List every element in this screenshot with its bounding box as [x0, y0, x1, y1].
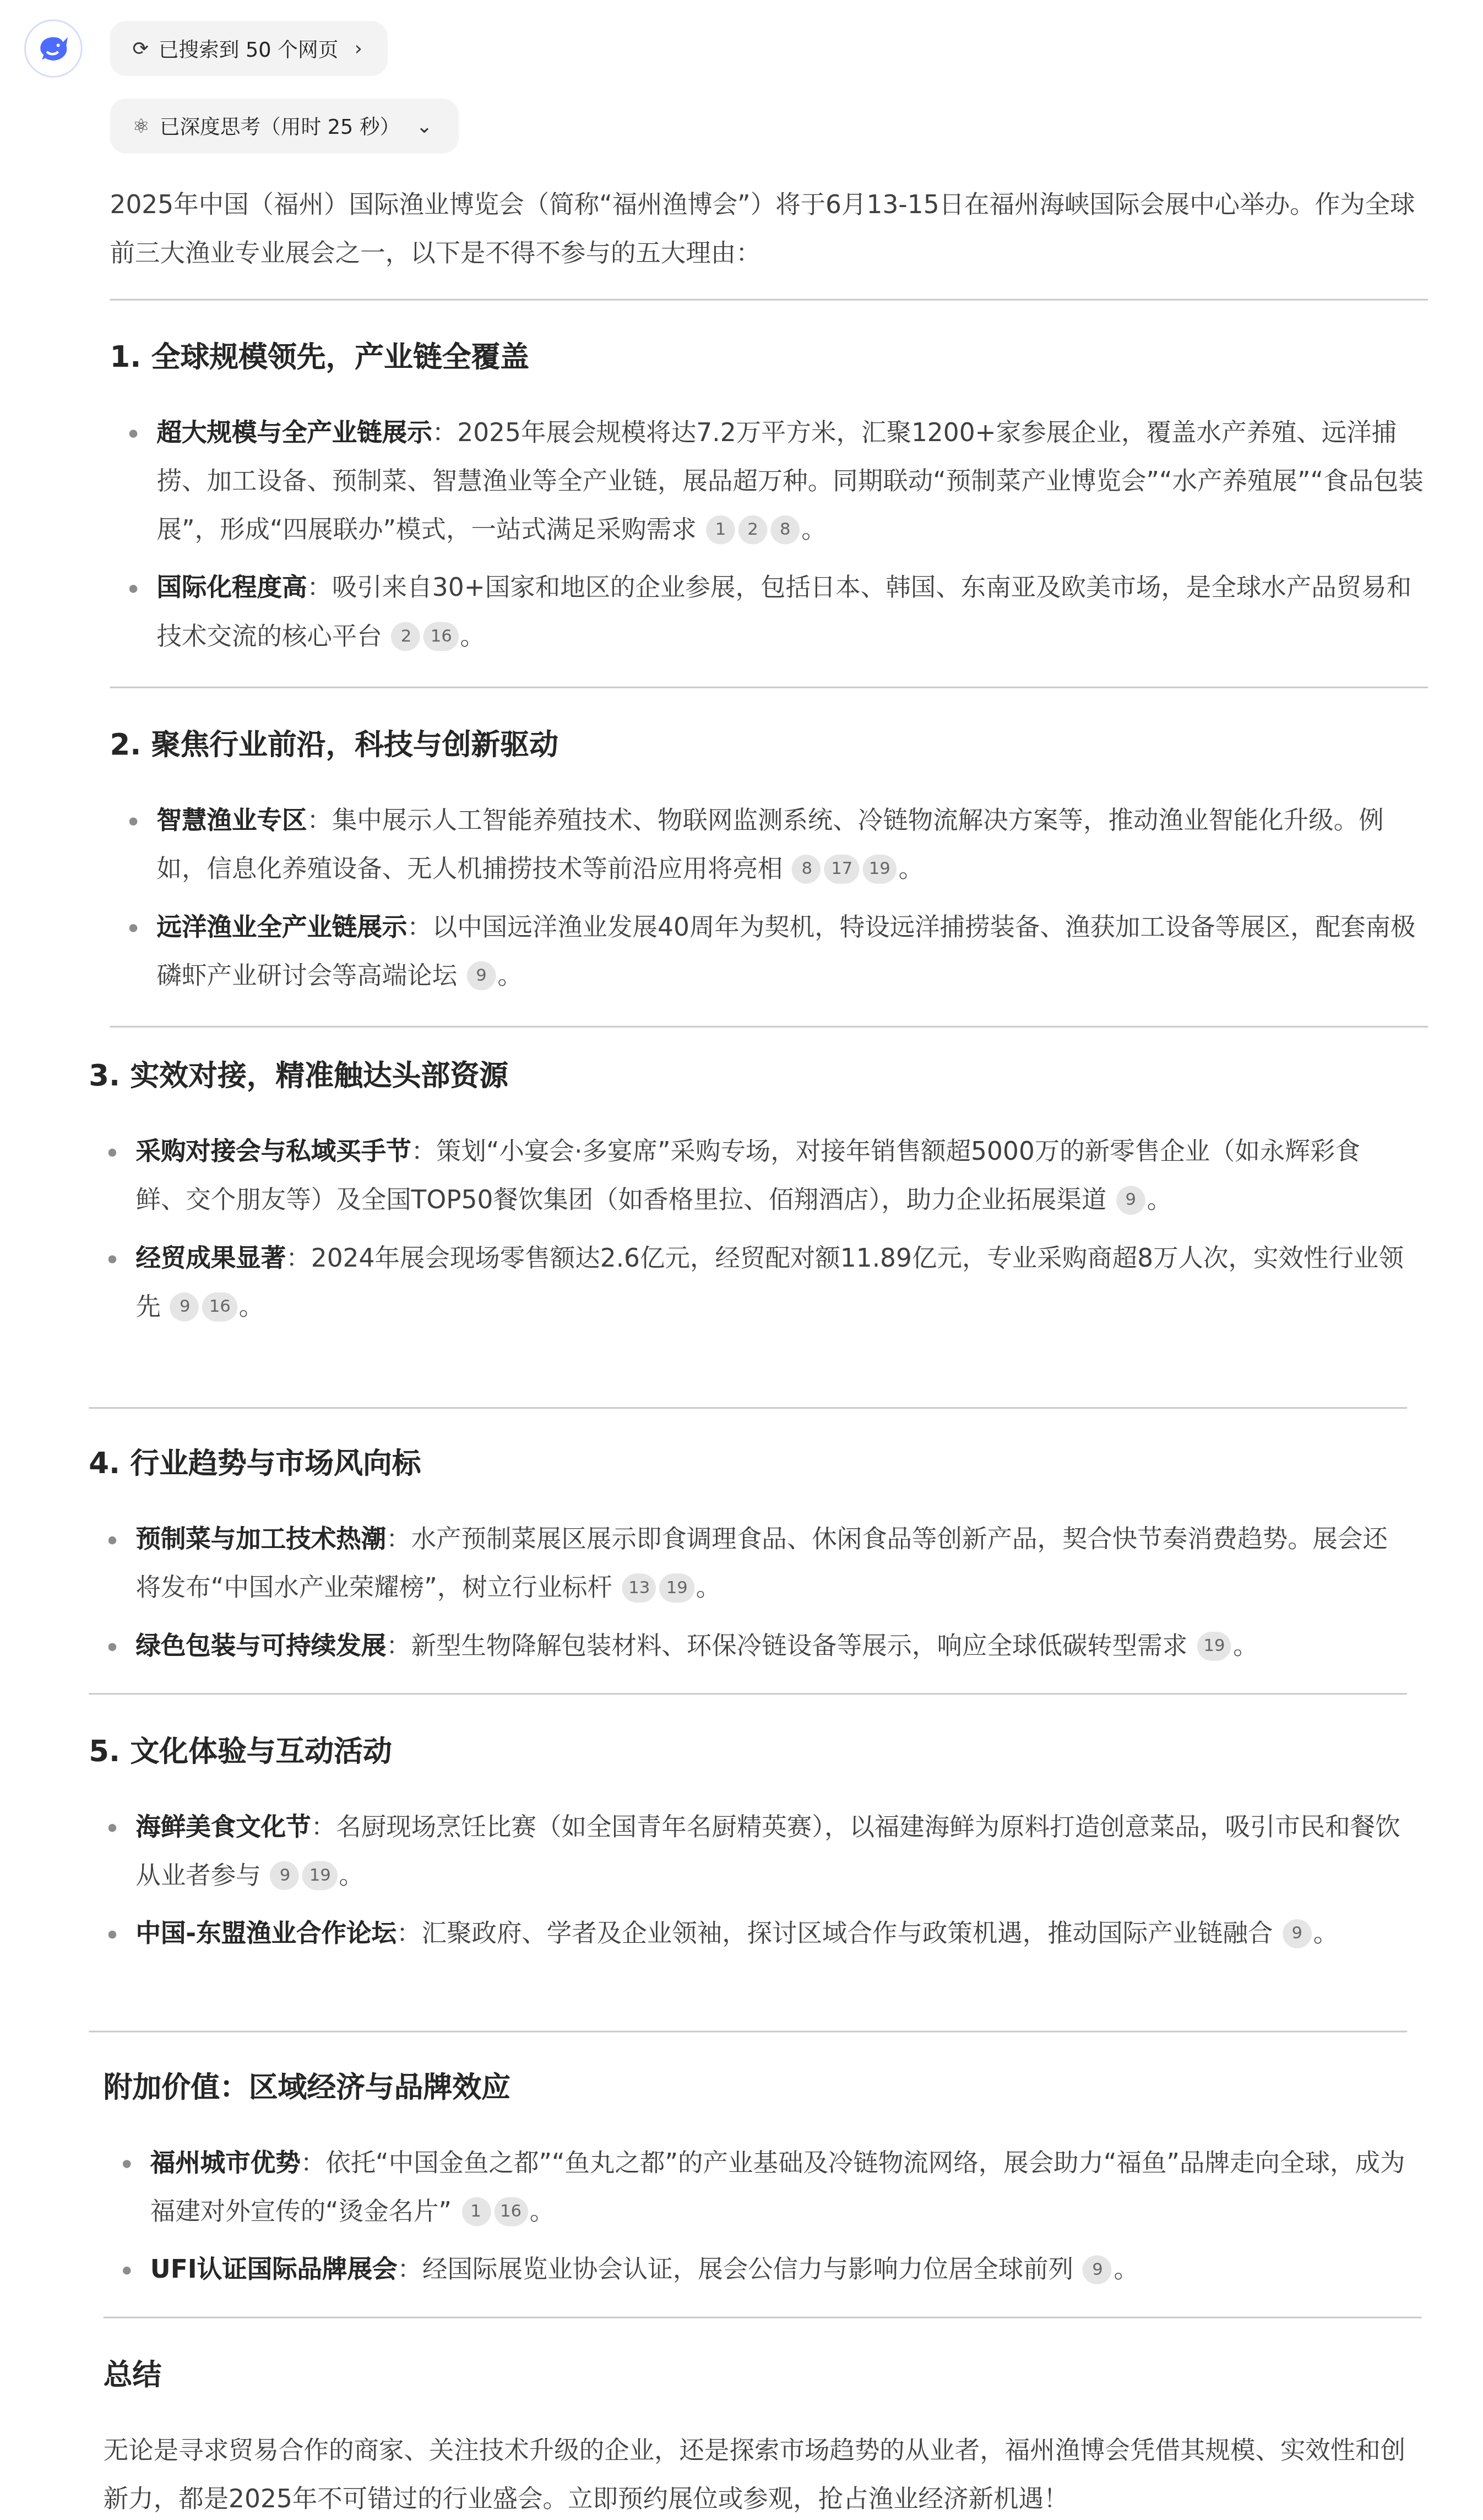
citation-badge[interactable]: 2 — [392, 622, 421, 651]
item-label: 福州城市优势 — [150, 2149, 301, 2178]
list-item: 预制菜与加工技术热潮：水产预制菜展区展示即食调理食品、休闲食品等创新产品，契合快… — [135, 1516, 1405, 1612]
item-label: 采购对接会与私域买手节 — [135, 1137, 411, 1166]
item-label: 海鲜美食文化节 — [135, 1812, 311, 1842]
list-item: 中国-东盟渔业合作论坛：汇聚政府、学者及企业领袖，探讨区域合作与政策机遇，推动国… — [135, 1910, 1405, 1958]
citation-badge[interactable]: 2 — [738, 515, 768, 545]
bullet-list: 采购对接会与私域买手节：策划“小宴会·多宴席”采购专场，对接年销售额超5000万… — [135, 1128, 1405, 1332]
divider — [110, 687, 1428, 688]
list-item: UFI认证国际品牌展会：经国际展览业协会认证，展会公信力与影响力位居全球前列 9… — [150, 2246, 1420, 2294]
assistant-avatar — [24, 19, 83, 78]
chevron-right-icon: › — [355, 37, 362, 59]
chevron-down-icon: ⌄ — [416, 115, 433, 137]
summary-heading: 总结 — [104, 2355, 162, 2397]
whale-logo-icon — [36, 32, 72, 65]
section-heading: 1. 全球规模领先，产业链全覆盖 — [110, 338, 529, 379]
item-label: 预制菜与加工技术热潮 — [135, 1525, 386, 1554]
section-heading: 5. 文化体验与互动活动 — [89, 1732, 392, 1774]
list-item: 超大规模与全产业链展示：2025年展会规模将达7.2万平方米，汇聚1200+家参… — [157, 409, 1427, 554]
item-label: 智慧渔业专区 — [157, 806, 307, 835]
citation-badge[interactable]: 9 — [170, 1292, 199, 1322]
list-item: 海鲜美食文化节：名厨现场烹饪比赛（如全国青年名厨精英赛），以福建海鲜为原料打造创… — [135, 1803, 1405, 1900]
item-label: 超大规模与全产业链展示 — [157, 419, 432, 448]
item-label: 国际化程度高 — [157, 573, 307, 602]
item-label: 绿色包装与可持续发展 — [135, 1632, 386, 1661]
item-text: ：新型生物降解包装材料、环保冷链设备等展示，响应全球低碳转型需求 — [386, 1632, 1187, 1661]
divider — [89, 2031, 1407, 2033]
bullet-list: 海鲜美食文化节：名厨现场烹饪比赛（如全国青年名厨精英赛），以福建海鲜为原料打造创… — [135, 1803, 1405, 1958]
item-text: ：集中展示人工智能养殖技术、物联网监测系统、冷链物流解决方案等，推动渔业智能化升… — [157, 806, 1384, 884]
citation-badge[interactable]: 9 — [467, 961, 496, 990]
item-label: 中国-东盟渔业合作论坛 — [135, 1919, 396, 1948]
search-results-label: 已搜索到 50 个网页 — [159, 34, 339, 63]
citation-badge[interactable]: 1 — [706, 515, 735, 545]
item-text: ：经国际展览业协会认证，展会公信力与影响力位居全球前列 — [398, 2255, 1074, 2284]
list-item: 绿色包装与可持续发展：新型生物降解包装材料、环保冷链设备等展示，响应全球低碳转型… — [135, 1622, 1405, 1670]
list-item: 远洋渔业全产业链展示：以中国远洋渔业发展40周年为契机，特设远洋捕捞装备、渔获加… — [157, 903, 1427, 1000]
item-text: ：2024年展会现场零售额达2.6亿元，经贸配对额11.89亿元，专业采购商超8… — [135, 1244, 1403, 1322]
citation-badge[interactable]: 9 — [1116, 1186, 1145, 1215]
divider — [89, 1693, 1407, 1695]
section-heading: 2. 聚焦行业前沿，科技与创新驱动 — [110, 725, 558, 767]
list-item: 智慧渔业专区：集中展示人工智能养殖技术、物联网监测系统、冷链物流解决方案等，推动… — [157, 796, 1427, 893]
summary-paragraph: 无论是寻求贸易合作的商家、关注技术升级的企业，还是探索市场趋势的从业者，福州渔博… — [104, 2426, 1420, 2520]
section-heading: 3. 实效对接，精准触达头部资源 — [89, 1057, 508, 1099]
item-label: UFI认证国际品牌展会 — [150, 2255, 398, 2284]
citation-badge[interactable]: 9 — [1283, 1919, 1312, 1948]
citation-badge[interactable]: 8 — [792, 855, 822, 884]
item-text: ：汇聚政府、学者及企业领袖，探讨区域合作与政策机遇，推动国际产业链融合 — [396, 1919, 1273, 1948]
bullet-list: 智慧渔业专区：集中展示人工智能养殖技术、物联网监测系统、冷链物流解决方案等，推动… — [157, 796, 1427, 1000]
divider — [89, 1407, 1407, 1409]
bullet-list: 福州城市优势：依托“中国金鱼之都”“鱼丸之都”的产业基础及冷链物流网络，展会助力… — [150, 2139, 1420, 2294]
citation-badge[interactable]: 19 — [303, 1861, 338, 1891]
section-heading: 附加价值：区域经济与品牌效应 — [104, 2068, 510, 2110]
list-item: 经贸成果显著：2024年展会现场零售额达2.6亿元，经贸配对额11.89亿元，专… — [135, 1234, 1405, 1331]
citation-badge[interactable]: 9 — [1083, 2255, 1112, 2284]
intro-paragraph: 2025年中国（福州）国际渔业博览会（简称“福州渔博会”）将于6月13-15日在… — [110, 181, 1426, 278]
list-item: 福州城市优势：依托“中国金鱼之都”“鱼丸之都”的产业基础及冷链物流网络，展会助力… — [150, 2139, 1420, 2236]
section-heading: 4. 行业趋势与市场风向标 — [89, 1444, 421, 1486]
citation-badge[interactable]: 16 — [203, 1292, 237, 1322]
citation-badge[interactable]: 8 — [770, 515, 800, 545]
citation-badge[interactable]: 9 — [270, 1861, 300, 1891]
divider — [110, 1026, 1428, 1028]
item-text: ：吸引来自30+国家和地区的企业参展，包括日本、韩国、东南亚及欧美市场，是全球水… — [157, 573, 1412, 651]
search-sparkle-icon: ⟳ — [133, 37, 149, 59]
item-text: ：依托“中国金鱼之都”“鱼丸之都”的产业基础及冷链物流网络，展会助力“福鱼”品牌… — [150, 2149, 1405, 2226]
item-label: 远洋渔业全产业链展示 — [157, 913, 408, 942]
search-results-pill[interactable]: ⟳ 已搜索到 50 个网页 › — [110, 21, 388, 76]
item-label: 经贸成果显著 — [135, 1244, 286, 1273]
list-item: 采购对接会与私域买手节：策划“小宴会·多宴席”采购专场，对接年销售额超5000万… — [135, 1128, 1405, 1225]
atom-icon: ⚛ — [133, 115, 150, 137]
citation-badge[interactable]: 16 — [493, 2197, 528, 2226]
citation-badge[interactable]: 19 — [862, 855, 897, 884]
citation-badge[interactable]: 1 — [461, 2197, 491, 2226]
divider — [104, 2317, 1422, 2318]
divider — [110, 299, 1428, 301]
citation-badge[interactable]: 13 — [622, 1573, 656, 1603]
deep-thinking-label: 已深度思考（用时 25 秒） — [160, 111, 400, 140]
deep-thinking-pill[interactable]: ⚛ 已深度思考（用时 25 秒） ⌄ — [110, 99, 458, 154]
citation-badge[interactable]: 19 — [1197, 1632, 1232, 1661]
bullet-list: 超大规模与全产业链展示：2025年展会规模将达7.2万平方米，汇聚1200+家参… — [157, 409, 1427, 661]
citation-badge[interactable]: 17 — [824, 855, 859, 884]
citation-badge[interactable]: 16 — [424, 622, 459, 651]
list-item: 国际化程度高：吸引来自30+国家和地区的企业参展，包括日本、韩国、东南亚及欧美市… — [157, 564, 1427, 661]
citation-badge[interactable]: 19 — [660, 1573, 694, 1603]
bullet-list: 预制菜与加工技术热潮：水产预制菜展区展示即食调理食品、休闲食品等创新产品，契合快… — [135, 1516, 1405, 1671]
